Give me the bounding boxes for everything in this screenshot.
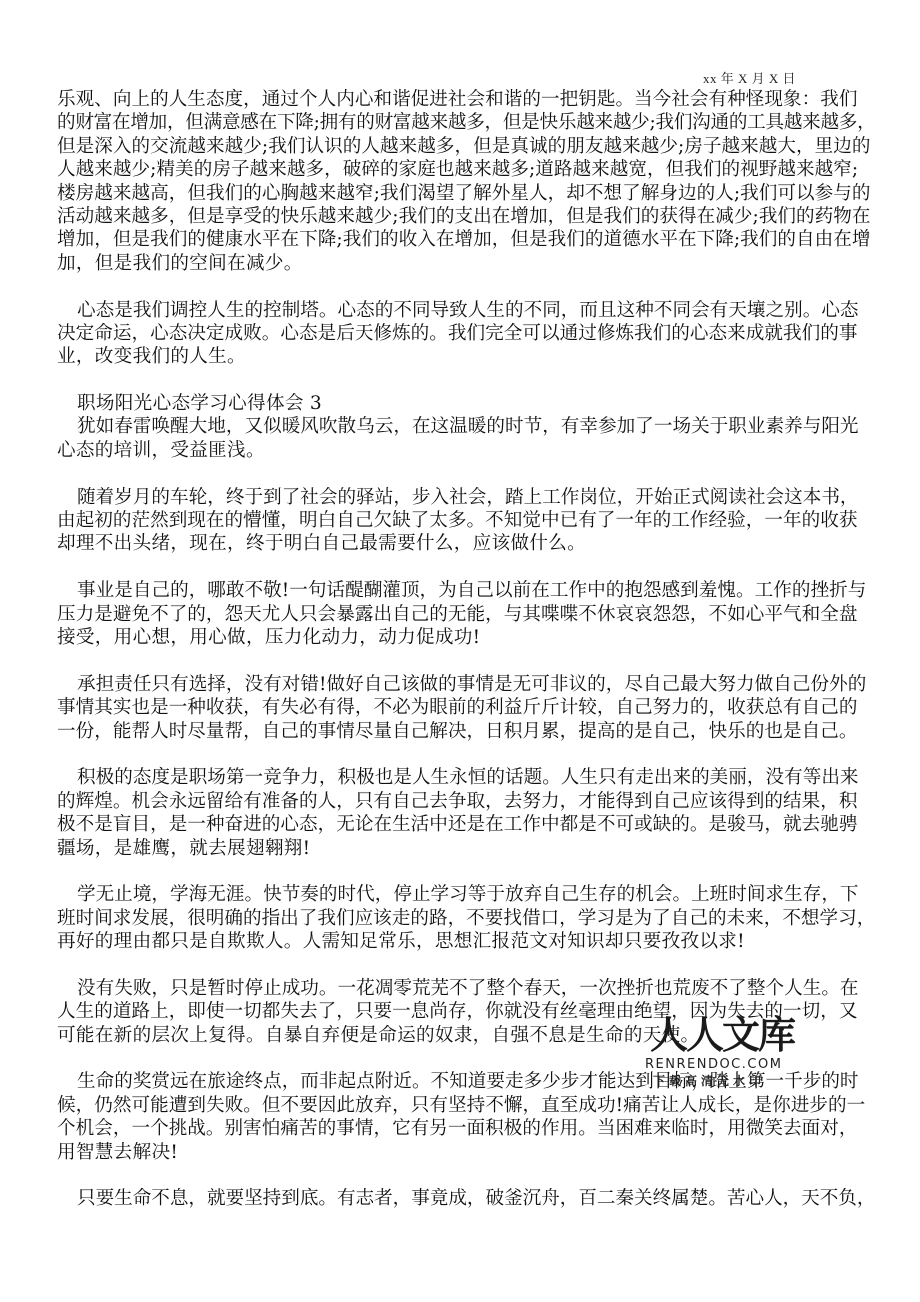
text-line: 心态是我们调控人生的控制塔。心态的不同导致人生的不同，而且这种不同会有天壤之别。… xyxy=(57,299,887,322)
paragraph: 乐观、向上的人生态度，通过个人内心和谐促进社会和谐的一把钥匙。当今社会有种怪现象… xyxy=(57,88,887,275)
document-body: 乐观、向上的人生态度，通过个人内心和谐促进社会和谐的一把钥匙。当今社会有种怪现象… xyxy=(57,88,887,1234)
text-line: 积极的态度是职场第一竞争力，积极也是人生永恒的话题。人生只有走出来的美丽，没有等… xyxy=(57,766,887,789)
text-line: 疆场，是雄鹰，就去展翅翱翔! xyxy=(57,837,887,860)
text-line: 人生的道路上，即使一切都失去了，只要一息尚存，你就没有丝毫理由绝望，因为失去的一… xyxy=(57,1000,887,1023)
paragraph: 只要生命不息，就要坚持到底。有志者，事竟成，破釜沉舟，百二秦关终属楚。苦心人，天… xyxy=(57,1187,887,1210)
text-line: 可能在新的层次上复得。自暴自弃便是命运的奴隶，自强不息是生命的天使。 xyxy=(57,1024,887,1047)
paragraph: 随着岁月的车轮，终于到了社会的驿站，步入社会，踏上工作岗位，开始正式阅读社会这本… xyxy=(57,486,887,556)
text-line: 乐观、向上的人生态度，通过个人内心和谐促进社会和谐的一把钥匙。当今社会有种怪现象… xyxy=(57,88,887,111)
paragraph: 积极的态度是职场第一竞争力，积极也是人生永恒的话题。人生只有走出来的美丽，没有等… xyxy=(57,766,887,860)
text-line: 候，仍然可能遭到失败。但不要因此放弃，只有坚持不懈，直至成功!痛苦让人成长，是你… xyxy=(57,1094,887,1117)
text-line: 生命的奖赏远在旅途终点，而非起点附近。不知道要走多少步才能达到目标，踏上第一千步… xyxy=(57,1070,887,1093)
paragraph: 事业是自己的，哪敢不敬!一句话醍醐灌顶，为自己以前在工作中的抱怨感到羞愧。工作的… xyxy=(57,579,887,649)
text-line: 班时间求发展，很明确的指出了我们应该走的路，不要找借口，学习是为了自己的未来，不… xyxy=(57,907,887,930)
text-line: 压力是避免不了的，怨天尤人只会暴露出自己的无能，与其喋喋不休哀哀怨怨，不如心平气… xyxy=(57,603,887,626)
text-line: 学无止境，学海无涯。快节奏的时代，停止学习等于放弃自己生存的机会。上班时间求生存… xyxy=(57,883,887,906)
text-line: 活动越来越多，但是享受的快乐越来越少;我们的支出在增加，但是我们的获得在减少;我… xyxy=(57,205,887,228)
text-line: 心态的培训，受益匪浅。 xyxy=(57,439,887,462)
paragraph: 犹如春雷唤醒大地，又似暖风吹散乌云，在这温暖的时节，有幸参加了一场关于职业素养与… xyxy=(57,415,887,462)
text-line: 个机会，一个挑战。别害怕痛苦的事情，它有另一面积极的作用。当困难来临时，用微笑去… xyxy=(57,1117,887,1140)
text-line: 犹如春雷唤醒大地，又似暖风吹散乌云，在这温暖的时节，有幸参加了一场关于职业素养与… xyxy=(57,415,887,438)
text-line: 的辉煌。机会永远留给有准备的人，只有自己去争取，去努力，才能得到自己应该得到的结… xyxy=(57,790,887,813)
text-line: 只要生命不息，就要坚持到底。有志者，事竟成，破釜沉舟，百二秦关终属楚。苦心人，天… xyxy=(57,1187,887,1210)
text-line: 接受，用心想，用心做，压力化动力，动力促成功! xyxy=(57,626,887,649)
text-line: 楼房越来越高，但我们的心胸越来越窄;我们渴望了解外星人，却不想了解身边的人;我们… xyxy=(57,182,887,205)
section-heading: 职场阳光心态学习心得体会 3 xyxy=(57,392,887,415)
text-line: 再好的理由都只是自欺欺人。人需知足常乐，思想汇报范文对知识却只要孜孜以求! xyxy=(57,930,887,953)
text-line: 事情其实也是一种收获，有失必有得，不必为眼前的利益斤斤计较，自己努力的，收获总有… xyxy=(57,696,887,719)
text-line: 增加，但是我们的健康水平在下降;我们的收入在增加，但是我们的道德水平在下降;我们… xyxy=(57,228,887,251)
text-line: 没有失败，只是暂时停止成功。一花凋零荒芜不了整个春天，一次挫折也荒废不了整个人生… xyxy=(57,977,887,1000)
text-line: 一份，能帮人时尽量帮，自己的事情尽量自己解决，日积月累，提高的是自己，快乐的也是… xyxy=(57,720,887,743)
paragraph: 承担责任只有选择，没有对错!做好自己该做的事情是无可非议的，尽自己最大努力做自己… xyxy=(57,673,887,743)
text-line: 职场阳光心态学习心得体会 3 xyxy=(57,392,887,415)
paragraph: 学无止境，学海无涯。快节奏的时代，停止学习等于放弃自己生存的机会。上班时间求生存… xyxy=(57,883,887,953)
text-line: 的财富在增加，但满意感在下降;拥有的财富越来越多，但是快乐越来越少;我们沟通的工… xyxy=(57,111,887,134)
text-line: 业，改变我们的人生。 xyxy=(57,345,887,368)
text-line: 事业是自己的，哪敢不敬!一句话醍醐灌顶，为自己以前在工作中的抱怨感到羞愧。工作的… xyxy=(57,579,887,602)
paragraph: 生命的奖赏远在旅途终点，而非起点附近。不知道要走多少步才能达到目标，踏上第一千步… xyxy=(57,1070,887,1164)
text-line: 随着岁月的车轮，终于到了社会的驿站，步入社会，踏上工作岗位，开始正式阅读社会这本… xyxy=(57,486,887,509)
document-date: xx 年 X 月 X 日 xyxy=(703,68,796,87)
text-line: 用智慧去解决! xyxy=(57,1141,887,1164)
text-line: 由起初的茫然到现在的懵懂，明白自己欠缺了太多。不知觉中已有了一年的工作经验，一年… xyxy=(57,509,887,532)
text-line: 加，但是我们的空间在减少。 xyxy=(57,252,887,275)
text-line: 却理不出头绪，现在，终于明白自己最需要什么，应该做什么。 xyxy=(57,532,887,555)
text-line: 人越来越少;精美的房子越来越多，破碎的家庭也越来越多;道路越来越宽，但我们的视野… xyxy=(57,158,887,181)
paragraph: 没有失败，只是暂时停止成功。一花凋零荒芜不了整个春天，一次挫折也荒废不了整个人生… xyxy=(57,977,887,1047)
text-line: 承担责任只有选择，没有对错!做好自己该做的事情是无可非议的，尽自己最大努力做自己… xyxy=(57,673,887,696)
text-line: 但是深入的交流越来越少;我们认识的人越来越多，但是真诚的朋友越来越少;房子越来越… xyxy=(57,135,887,158)
text-line: 决定命运，心态决定成败。心态是后天修炼的。我们完全可以通过修炼我们的心态来成就我… xyxy=(57,322,887,345)
text-line: 极不是盲目，是一种奋进的心态，无论在生活中还是在工作中都是不可或缺的。是骏马，就… xyxy=(57,813,887,836)
paragraph: 心态是我们调控人生的控制塔。心态的不同导致人生的不同，而且这种不同会有天壤之别。… xyxy=(57,299,887,369)
